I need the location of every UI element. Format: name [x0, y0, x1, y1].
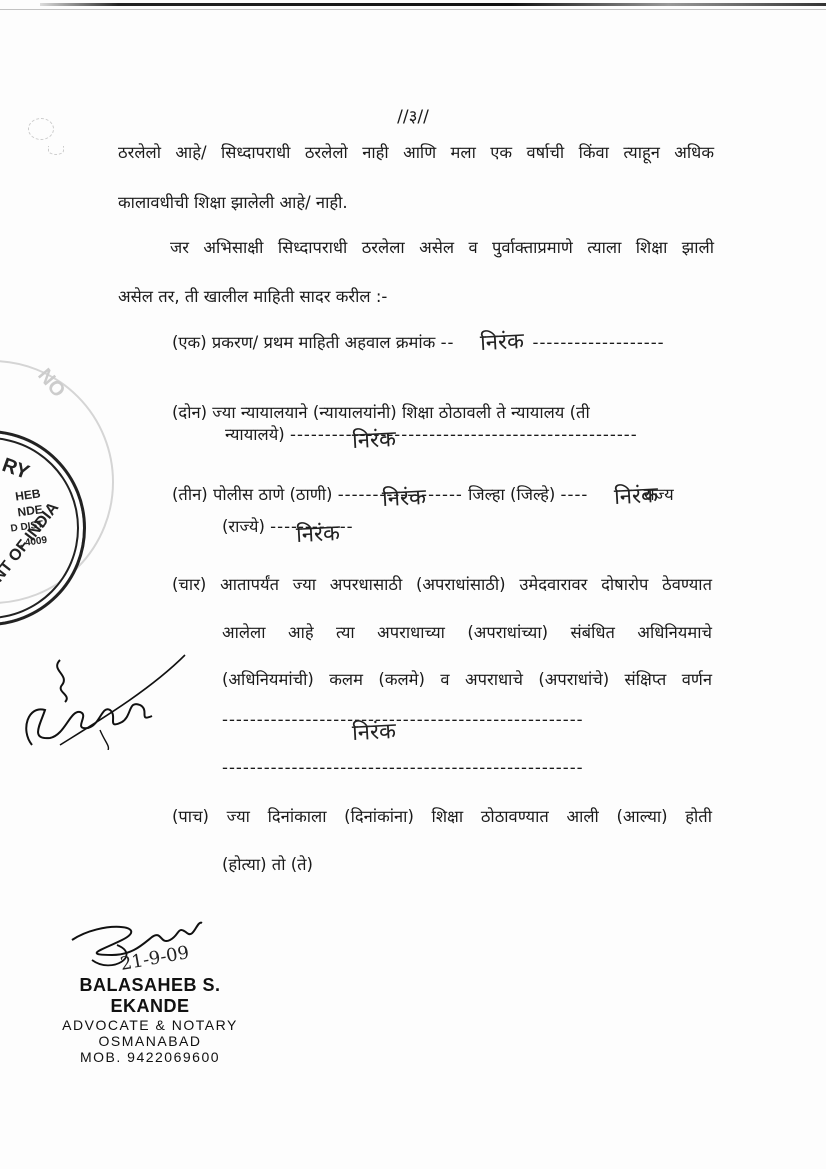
notary-name: BALASAHEB S. EKANDE	[55, 975, 245, 1017]
paragraph-1-line-1: ठरलेलो आहे/ सिध्दापराधी ठरलेलो नाही आणि …	[118, 140, 714, 163]
item-3-police-station-value: निरंक	[381, 481, 426, 513]
notary-mobile: MOB. 9422069600	[55, 1049, 245, 1065]
item-1-label: (एक) प्रकरण/ प्रथम माहिती अहवाल क्रमांक	[172, 333, 435, 352]
item-5-line-1: (पाच) ज्या दिनांकाला (दिनांकांना) शिक्षा…	[172, 804, 712, 827]
item-3-state-value: निरंक	[295, 517, 340, 549]
paragraph-1-line-2: कालावधीची शिक्षा झालेली आहे/ नाही.	[118, 190, 348, 213]
scan-edge-line	[0, 9, 826, 10]
item-5-line-2: (होत्या) तो (ते)	[222, 852, 313, 875]
notary-title: ADVOCATE & NOTARY	[55, 1017, 245, 1033]
item-1-handwritten-value: निरंक	[479, 325, 524, 357]
paragraph-2-line-1: जर अभिसाक्षी सिध्दापराधी ठरलेला असेल व प…	[170, 235, 714, 258]
district-label: जिल्हा (जिल्हे)	[468, 485, 555, 504]
item-4-dashes-2: ----------------------------------------…	[222, 758, 584, 777]
deponent-signature	[10, 650, 190, 750]
item-1-dashes-after: -------------------	[533, 333, 665, 352]
item-2-handwritten-value: निरंक	[351, 423, 396, 455]
item-3-district-value: निरंक	[613, 479, 658, 511]
item-2-line-2: न्यायालये) -----------------------------…	[225, 422, 638, 445]
item-1-dashes: --	[441, 333, 455, 352]
item-2-dashes: ----------------------------------------…	[290, 425, 638, 444]
punch-hole-mark	[48, 146, 64, 155]
item-1: (एक) प्रकरण/ प्रथम माहिती अहवाल क्रमांक …	[172, 330, 665, 353]
item-4-dashes-1: ----------------------------------------…	[222, 710, 584, 729]
item-4-line-2: आलेला आहे त्या अपराधाच्या (अपराधांच्या) …	[222, 620, 712, 643]
scan-edge-top	[40, 3, 826, 6]
item-4-line-3: (अधिनियमांची) कलम (कलमे) व अपराधाचे (अपर…	[222, 667, 712, 690]
item-2-line-1: (दोन) ज्या न्यायालयाने (न्यायालयांनी) शि…	[172, 400, 590, 423]
paragraph-2-line-2: असेल तर, ती खालील माहिती सादर करील :-	[118, 284, 387, 307]
item-4-handwritten-value: निरंक	[351, 715, 396, 747]
notary-stamp: BALASAHEB S. EKANDE ADVOCATE & NOTARY OS…	[55, 975, 245, 1065]
item-4-line-1: (चार) आतापर्यंत ज्या अपरधासाठी (अपराधांस…	[172, 572, 712, 595]
notary-city: OSMANABAD	[55, 1033, 245, 1049]
page-number: //३//	[0, 104, 826, 127]
